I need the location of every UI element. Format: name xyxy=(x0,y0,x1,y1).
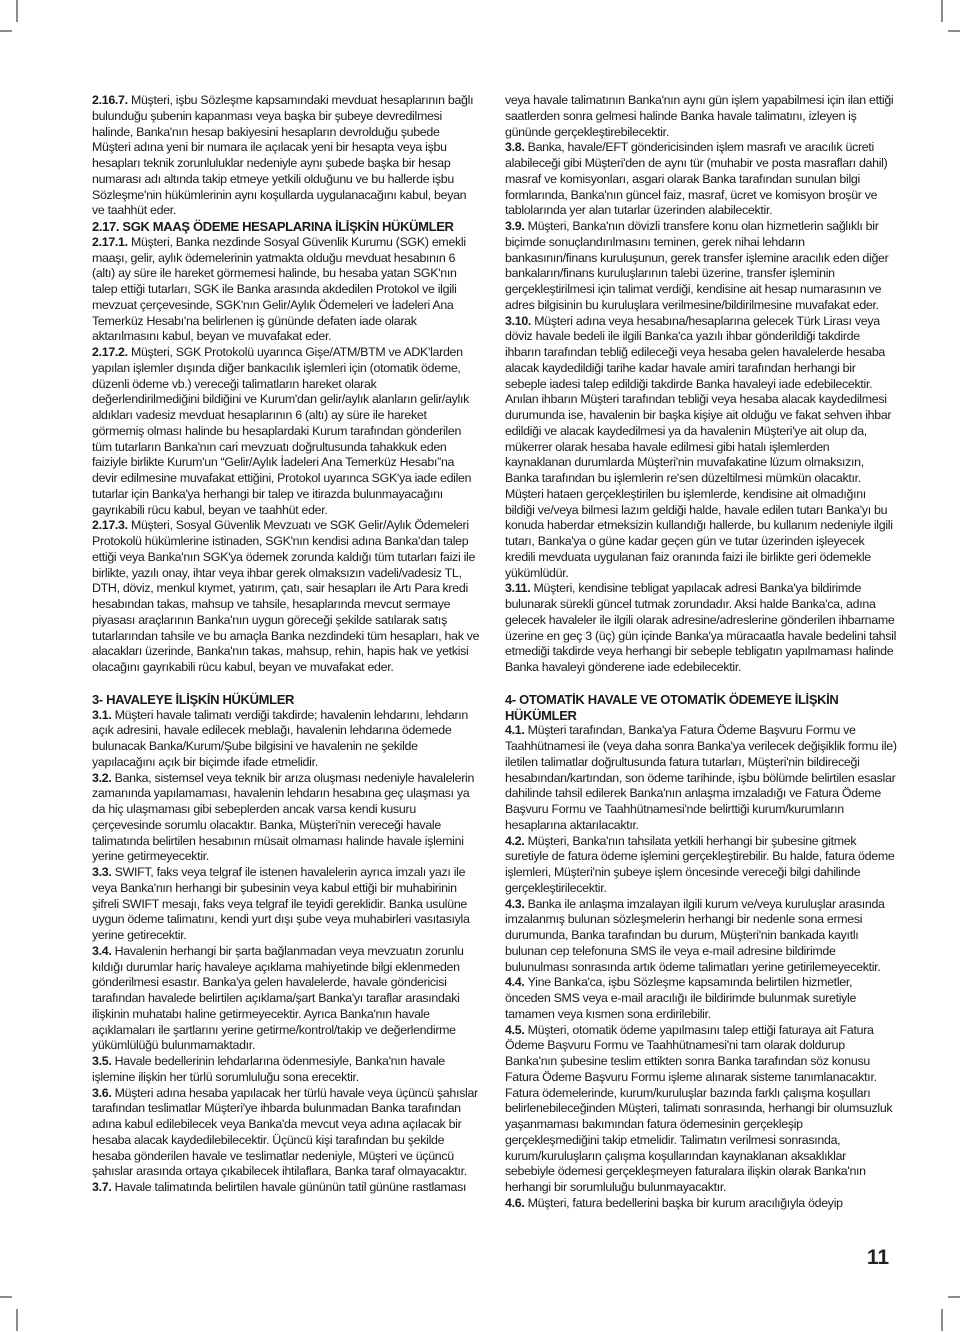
clause-paragraph: 3.2. Banka, sistemsel veya teknik bir ar… xyxy=(92,771,480,866)
clause-paragraph: 3.6. Müşteri adına hesaba yapılacak her … xyxy=(92,1086,480,1181)
clause-paragraph: 3.10. Müşteri adına veya hesabına/hesapl… xyxy=(505,314,897,582)
crop-mark-bottom-right-vertical xyxy=(941,1309,943,1331)
clause-number: 3.8. xyxy=(505,140,528,154)
page-number: 11 xyxy=(856,1246,900,1270)
clause-number: 4.4. xyxy=(505,975,528,989)
section-heading: 2.17. SGK MAAŞ ÖDEME HESAPLARINA İLİŞKİN… xyxy=(92,219,480,235)
section-heading: 3- HAVALEYE İLİŞKİN HÜKÜMLER xyxy=(92,692,480,708)
crop-mark-top-right-horizontal xyxy=(948,30,960,32)
clause-number: 3.7. xyxy=(92,1180,115,1194)
clause-number: 3.10. xyxy=(505,314,534,328)
clause-paragraph: 4.3. Banka ile anlaşma imzalayan ilgili … xyxy=(505,897,897,976)
clause-paragraph: 2.16.7. Müşteri, işbu Sözleşme kapsamınd… xyxy=(92,93,480,219)
clause-number: 4.6. xyxy=(505,1196,528,1210)
crop-mark-bottom-right-horizontal xyxy=(948,1296,960,1298)
clause-paragraph: 4.2. Müşteri, Banka'nın tahsilata yetkil… xyxy=(505,834,897,897)
clause-number: 4.1. xyxy=(505,723,528,737)
clause-number: 4.3. xyxy=(505,897,528,911)
clause-number: 3.4. xyxy=(92,944,115,958)
clause-paragraph: 3.5. Havale bedellerinin lehdarlarına öd… xyxy=(92,1054,480,1086)
clause-paragraph: 2.17.1. Müşteri, Banka nezdinde Sosyal G… xyxy=(92,235,480,345)
clause-number: 2.17.3. xyxy=(92,518,131,532)
clause-number: 3.11. xyxy=(505,581,534,595)
clause-number: 3.5. xyxy=(92,1054,115,1068)
clause-paragraph: 4.1. Müşteri tarafından, Banka'ya Fatura… xyxy=(505,723,897,833)
crop-mark-bottom-left-vertical xyxy=(16,1309,18,1331)
column-left: 2.16.7. Müşteri, işbu Sözleşme kapsamınd… xyxy=(92,93,480,1196)
clause-paragraph: 3.11. Müşteri, kendisine tebligat yapıla… xyxy=(505,581,897,676)
clause-paragraph: 3.8. Banka, havale/EFT göndericisinden i… xyxy=(505,140,897,219)
clause-paragraph: veya havale talimatının Banka'nın aynı g… xyxy=(505,93,897,140)
crop-mark-top-right-vertical xyxy=(941,0,943,22)
clause-number: 2.17.1. xyxy=(92,235,131,249)
document-page: 2.16.7. Müşteri, işbu Sözleşme kapsamınd… xyxy=(0,0,960,1332)
crop-mark-top-left-horizontal xyxy=(0,30,12,32)
clause-number: 3.6. xyxy=(92,1086,115,1100)
clause-paragraph: 3.9. Müşteri, Banka'nın dövizli transfer… xyxy=(505,219,897,314)
clause-number: 2.16.7. xyxy=(92,93,131,107)
crop-mark-top-left-vertical xyxy=(16,0,18,22)
section-heading: 4- OTOMATİK HAVALE VE OTOMATİK ÖDEMEYE İ… xyxy=(505,692,897,724)
clause-paragraph: 4.6. Müşteri, fatura bedellerini başka b… xyxy=(505,1196,897,1212)
clause-paragraph: 3.1. Müşteri havale talimatı verdiği tak… xyxy=(92,708,480,771)
column-right: veya havale talimatının Banka'nın aynı g… xyxy=(505,93,897,1212)
clause-number: 3.9. xyxy=(505,219,528,233)
clause-paragraph: 2.17.2. Müşteri, SGK Protokolü uyarınca … xyxy=(92,345,480,518)
clause-number: 3.2. xyxy=(92,771,115,785)
clause-paragraph: 3.7. Havale talimatında belirtilen haval… xyxy=(92,1180,480,1196)
clause-number: 4.5. xyxy=(505,1023,528,1037)
clause-paragraph: 3.4. Havalenin herhangi bir şarta bağlan… xyxy=(92,944,480,1054)
clause-number: 3.1. xyxy=(92,708,115,722)
clause-number: 4.2. xyxy=(505,834,528,848)
clause-paragraph: 2.17.3. Müşteri, Sosyal Güvenlik Mevzuat… xyxy=(92,518,480,676)
clause-paragraph: 4.5. Müşteri, otomatik ödeme yapılmasını… xyxy=(505,1023,897,1196)
clause-number: 2.17.2. xyxy=(92,345,131,359)
clause-paragraph: 4.4. Yine Banka'ca, işbu Sözleşme kapsam… xyxy=(505,975,897,1022)
clause-paragraph: 3.3. SWIFT, faks veya telgraf ile istene… xyxy=(92,865,480,944)
crop-mark-bottom-left-horizontal xyxy=(0,1296,12,1298)
clause-number: 3.3. xyxy=(92,865,115,879)
